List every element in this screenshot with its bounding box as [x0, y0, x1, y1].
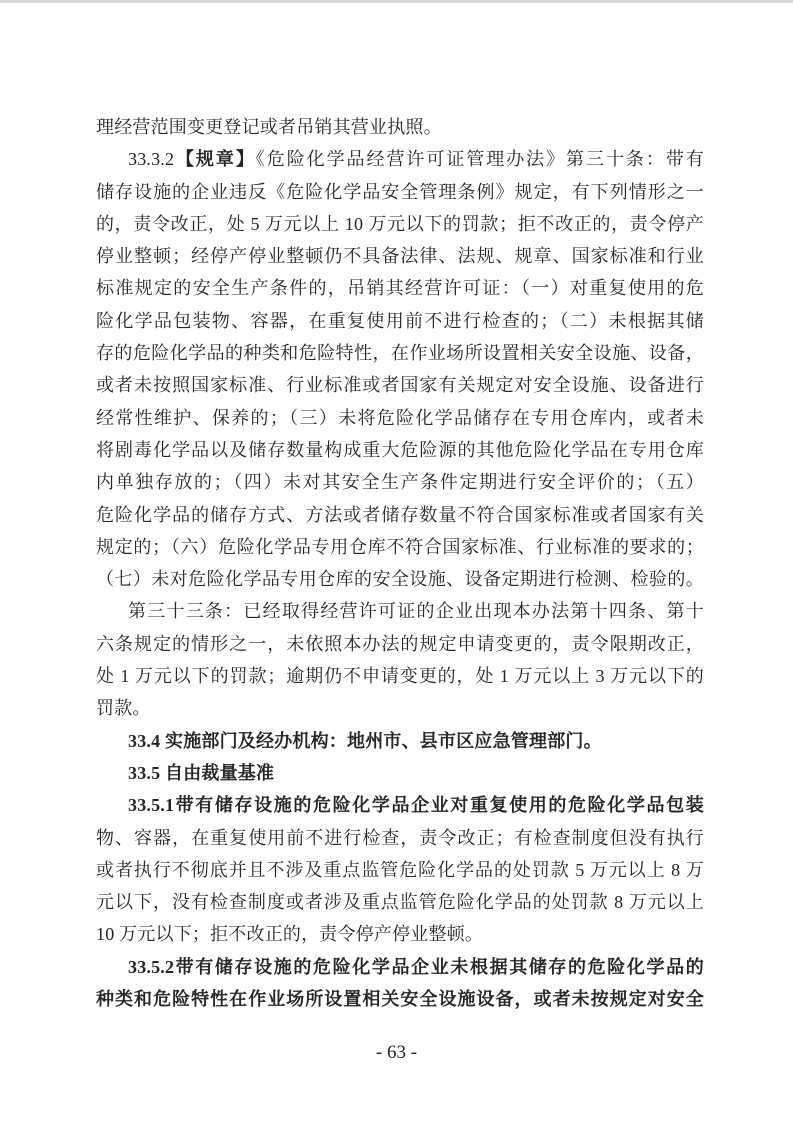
text-line: 的，责令改正，处 5 万元以上 10 万元以下的罚款；拒不改正的，责令停产	[96, 208, 704, 240]
text-run: （七）未对危险化学品专用仓库的安全设施、设备定期进行检测、检验的。	[96, 569, 704, 589]
text-line: 33.5.1带有储存设施的危险化学品企业对重复使用的危险化学品包装	[96, 789, 704, 821]
text-line: 元以下，没有检查制度或者涉及重点监管危险化学品的处罚款 8 万元以上	[96, 886, 704, 918]
text-run: 种类和危险特性在作业场所设置相关安全设施设备，或者未按规定对安全	[96, 989, 704, 1009]
text-run: 险化学品包装物、容器，在重复使用前不进行检查的；（二）未根据其储	[96, 311, 704, 331]
text-run: 元以下，没有检查制度或者涉及重点监管危险化学品的处罚款 8 万元以上	[96, 892, 704, 912]
text-run: 或者执行不彻底并且不涉及重点监管危险化学品的处罚款 5 万元以上 8 万	[96, 860, 704, 880]
text-run: 33.3.2	[128, 149, 174, 169]
text-line: 理经营范围变更登记或者吊销其营业执照。	[96, 111, 704, 143]
text-line: 33.4 实施部门及经办机构：地州市、县市区应急管理部门。	[96, 725, 704, 757]
page-top-edge-divider	[0, 0, 793, 3]
text-run: 储存设施的企业违反《危险化学品安全管理条例》规定，有下列情形之一	[96, 182, 704, 202]
text-line: 内单独存放的；（四）未对其安全生产条件定期进行安全评价的；（五）	[96, 466, 704, 498]
text-line: 规定的；（六）危险化学品专用仓库不符合国家标准、行业标准的要求的；	[96, 531, 704, 563]
text-line: 10 万元以下；拒不改正的，责令停产停业整顿。	[96, 918, 704, 950]
text-line: 六条规定的情形之一，未依照本办法的规定申请变更的，责令限期改正，	[96, 628, 704, 660]
text-run: 处 1 万元以下的罚款；逾期仍不申请变更的，处 1 万元以上 3 万元以下的	[96, 666, 704, 686]
text-line: 标准规定的安全生产条件的，吊销其经营许可证：（一）对重复使用的危	[96, 272, 704, 304]
text-run: 罚款。	[96, 698, 151, 718]
page-number: - 63 -	[0, 1042, 793, 1064]
text-run: 危险化学品的储存方式、方法或者储存数量不符合国家标准或者国家有关	[96, 505, 704, 525]
text-run: 物、容器，在重复使用前不进行检查，责令改正；有检查制度但没有执行	[96, 828, 704, 848]
text-line: 罚款。	[96, 692, 704, 724]
text-line: 停业整顿；经停产停业整顿仍不具备法律、法规、规章、国家标准和行业	[96, 240, 704, 272]
text-line: 物、容器，在重复使用前不进行检查，责令改正；有检查制度但没有执行	[96, 822, 704, 854]
text-line: 危险化学品的储存方式、方法或者储存数量不符合国家标准或者国家有关	[96, 499, 704, 531]
text-line: 存的危险化学品的种类和危险特性，在作业场所设置相关安全设施、设备，	[96, 337, 704, 369]
text-line: 33.5 自由裁量基准	[96, 757, 704, 789]
text-line: 33.3.2【规章】《危险化学品经营许可证管理办法》第三十条：带有	[96, 143, 704, 175]
text-line: （七）未对危险化学品专用仓库的安全设施、设备定期进行检测、检验的。	[96, 563, 704, 595]
text-run: 33.5.2带有储存设施的危险化学品企业未根据其储存的危险化学品的	[128, 957, 704, 977]
text-run: 内单独存放的；（四）未对其安全生产条件定期进行安全评价的；（五）	[96, 472, 704, 492]
text-run: 将剧毒化学品以及储存数量构成重大危险源的其他危险化学品在专用仓库	[96, 440, 704, 460]
text-run: 规定的；（六）危险化学品专用仓库不符合国家标准、行业标准的要求的；	[96, 537, 704, 557]
text-run: 的，责令改正，处 5 万元以上 10 万元以下的罚款；拒不改正的，责令停产	[96, 214, 704, 234]
text-run: 存的危险化学品的种类和危险特性，在作业场所设置相关安全设施、设备，	[96, 343, 704, 363]
text-line: 险化学品包装物、容器，在重复使用前不进行检查的；（二）未根据其储	[96, 305, 704, 337]
text-run: 或者未按照国家标准、行业标准或者国家有关规定对安全设施、设备进行	[96, 375, 704, 395]
text-run: 第三十三条：已经取得经营许可证的企业出现本办法第十四条、第十	[128, 601, 704, 621]
text-line: 第三十三条：已经取得经营许可证的企业出现本办法第十四条、第十	[96, 595, 704, 627]
text-run: 经常性维护、保养的；（三）未将危险化学品储存在专用仓库内，或者未	[96, 408, 704, 428]
text-run: 【规章】	[174, 149, 256, 169]
text-line: 经常性维护、保养的；（三）未将危险化学品储存在专用仓库内，或者未	[96, 402, 704, 434]
text-line: 处 1 万元以下的罚款；逾期仍不申请变更的，处 1 万元以上 3 万元以下的	[96, 660, 704, 692]
text-run: 10 万元以下；拒不改正的，责令停产停业整顿。	[96, 924, 483, 944]
text-line: 将剧毒化学品以及储存数量构成重大危险源的其他危险化学品在专用仓库	[96, 434, 704, 466]
document-body-text: 理经营范围变更登记或者吊销其营业执照。33.3.2【规章】《危险化学品经营许可证…	[96, 111, 704, 1015]
text-line: 储存设施的企业违反《危险化学品安全管理条例》规定，有下列情形之一	[96, 176, 704, 208]
text-run: 33.5 自由裁量基准	[128, 763, 274, 783]
text-run: 理经营范围变更登记或者吊销其营业执照。	[96, 117, 442, 137]
text-line: 33.5.2带有储存设施的危险化学品企业未根据其储存的危险化学品的	[96, 951, 704, 983]
text-line: 或者未按照国家标准、行业标准或者国家有关规定对安全设施、设备进行	[96, 369, 704, 401]
text-run: 《危险化学品经营许可证管理办法》第三十条：带有	[256, 149, 704, 169]
text-run: 标准规定的安全生产条件的，吊销其经营许可证：（一）对重复使用的危	[96, 278, 704, 298]
text-run: 停业整顿；经停产停业整顿仍不具备法律、法规、规章、国家标准和行业	[96, 246, 704, 266]
text-run: 六条规定的情形之一，未依照本办法的规定申请变更的，责令限期改正，	[96, 634, 704, 654]
text-line: 或者执行不彻底并且不涉及重点监管危险化学品的处罚款 5 万元以上 8 万	[96, 854, 704, 886]
text-line: 种类和危险特性在作业场所设置相关安全设施设备，或者未按规定对安全	[96, 983, 704, 1015]
text-run: 33.4 实施部门及经办机构：地州市、县市区应急管理部门。	[128, 731, 602, 751]
text-run: 33.5.1带有储存设施的危险化学品企业对重复使用的危险化学品包装	[128, 795, 704, 815]
